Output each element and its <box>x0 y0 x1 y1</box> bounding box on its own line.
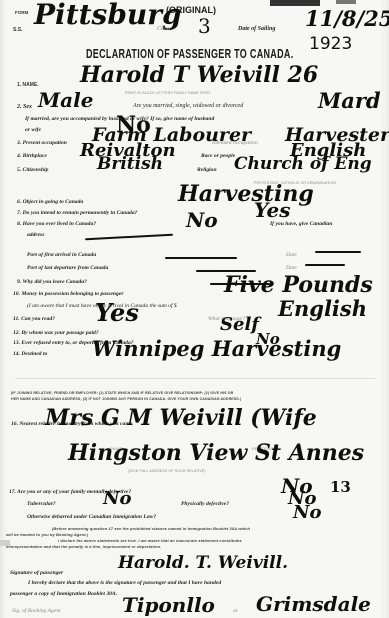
money-label: 10. Money in possession belonging to pas… <box>13 291 124 297</box>
intended-occupation-label: Intended occupation <box>212 140 258 146</box>
marital-label: Are you married, single, widowed or divo… <box>133 103 243 109</box>
mental-extra: 13 <box>330 478 351 496</box>
port-last-date-strike <box>305 264 345 266</box>
name-value[interactable]: Harold T Weivill 26 <box>80 62 318 88</box>
object-value[interactable]: Harvesting <box>178 181 314 207</box>
ss-label: S.S. <box>13 27 22 33</box>
language-value[interactable]: English <box>278 296 367 321</box>
relative-address-value[interactable]: Hingston View St Annes <box>68 440 364 466</box>
joining-note-2: HER NAME AND CANADIAN ADDRESS; (3) IF NO… <box>11 397 241 401</box>
redaction-mark-2 <box>336 0 356 4</box>
declare-2: misrepresentation and that the penalty i… <box>6 544 161 549</box>
port-first-strike <box>165 257 237 259</box>
destined-label: 14. Destined to <box>13 351 47 357</box>
sex-value[interactable]: Male <box>38 88 93 112</box>
passenger-declaration-form: FORM (ORIGINAL) S.S. Pittsburg Class 3 D… <box>0 0 389 618</box>
read-value[interactable]: Yes <box>95 298 139 327</box>
marital-value[interactable]: Mard <box>318 88 381 113</box>
form-label: FORM <box>15 10 28 15</box>
lived-value[interactable]: No <box>186 208 218 232</box>
lived-label: 8. Have you ever lived in Canada? <box>17 221 96 227</box>
read-label: 11. Can you read? <box>13 316 55 322</box>
port-last-label: Port of last departure from Canada <box>27 265 108 271</box>
year-stamp: 1923 <box>309 34 352 54</box>
address-label: address <box>27 232 44 238</box>
sex-label: 2. Sex <box>17 104 32 110</box>
agent-declare-1: I hereby declare that the above is the s… <box>28 580 221 586</box>
lived-note: If you have, give Canadian <box>270 221 332 227</box>
money-value[interactable]: Five Pounds <box>224 272 373 298</box>
accompanied-label-2: or wife <box>25 127 41 133</box>
date-label: Date of Sailing <box>238 26 275 32</box>
port-first-label: Port of first arrival in Canada <box>27 252 96 258</box>
booklet-note-1: (Before answering question 17 see the pr… <box>52 526 250 531</box>
remain-value[interactable]: Yes <box>254 198 291 222</box>
declare-1: I declare the above statements are true.… <box>58 538 242 543</box>
citizenship-label: 5. Citizenship <box>17 167 48 173</box>
agent-value[interactable]: Tiponllo <box>122 593 215 617</box>
address-strike <box>85 234 173 241</box>
race-label: Race or people <box>201 153 235 159</box>
margin-mark <box>0 540 10 546</box>
destined-value[interactable]: Winnipeg Harvesting <box>92 336 341 361</box>
occupation-label: 3. Present occupation <box>17 140 67 146</box>
name-caption: PRINT IN BLOCK LETTERS FAMILY NAME FIRST <box>125 91 211 95</box>
class-value[interactable]: 3 <box>198 14 211 38</box>
port-first-date-strike <box>315 251 361 253</box>
place-value[interactable]: Grimsdale <box>256 592 371 616</box>
remain-label: 7. Do you intend to remain permanently i… <box>17 210 137 216</box>
signature-value[interactable]: Harold. T. Weivill. <box>118 553 288 573</box>
at-label: at <box>233 608 237 614</box>
date-value[interactable]: 11/8/25 <box>305 6 389 31</box>
religion-value[interactable]: Church of Eng <box>234 154 372 174</box>
form-title: DECLARATION OF PASSENGER TO CANADA. <box>86 47 294 61</box>
agent-label: Sig. of Booking Agent <box>12 608 61 614</box>
booklet-note-2: will be handed to you by Booking Agent.) <box>6 532 88 537</box>
debarred-label: Otherwise debarred under Canadian Immigr… <box>27 514 156 520</box>
destined-blank-line <box>15 378 375 379</box>
joining-note-1: (IF JOINING RELATIVE, FRIEND OR EMPLOYER… <box>11 391 233 395</box>
port-first-date-label: Date <box>286 252 297 258</box>
religion-label: Religion <box>197 167 217 173</box>
physical-label: Physically defective? <box>181 501 229 507</box>
citizenship-value[interactable]: British <box>97 154 163 174</box>
class-label: Class <box>157 26 170 32</box>
relative-value[interactable]: Mrs G M Weivill (Wife <box>45 405 317 431</box>
agent-declare-2: passenger a copy of Immigration Booklet … <box>10 591 117 597</box>
relative-address-caption: (GIVE FULL ADDRESS OF SUCH RELATIVE) <box>128 469 206 473</box>
signature-label: Signature of passenger <box>10 570 63 576</box>
port-last-date-label: Date <box>286 265 297 271</box>
object-label: 6. Object in going to Canada <box>17 199 83 205</box>
passage-label: 12. By whom was your passage paid? <box>13 330 99 336</box>
why-leave-label: 9. Why did you leave Canada? <box>17 279 87 285</box>
birthplace-label: 4. Birthplace <box>17 153 47 159</box>
tubercular-value[interactable]: No <box>103 488 131 509</box>
name-label: 1. NAME. <box>17 82 39 88</box>
tubercular-label: Tubercular? <box>27 501 56 507</box>
passage-value[interactable]: Self <box>220 314 259 335</box>
debarred-value[interactable]: No <box>293 502 321 523</box>
